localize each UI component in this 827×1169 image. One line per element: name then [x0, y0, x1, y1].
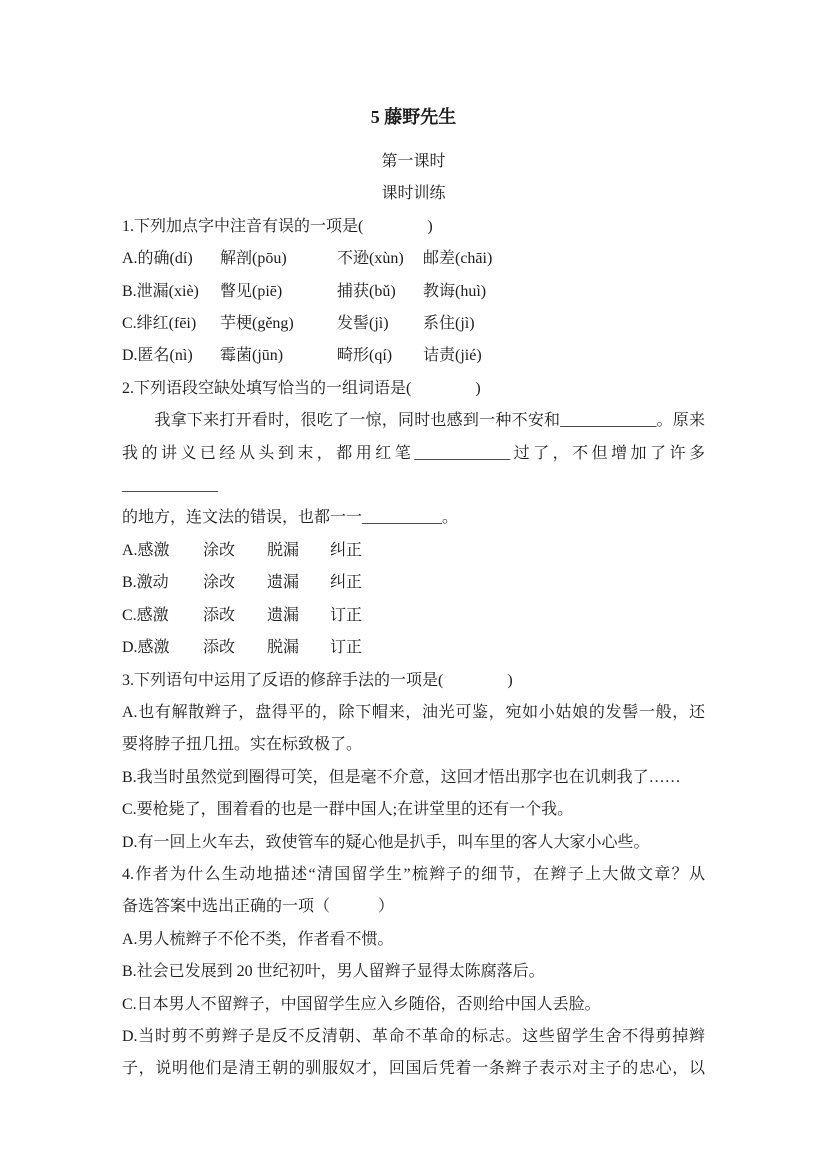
question-3-stem: 3.下列语句中运用了反语的修辞手法的一项是( ): [122, 665, 705, 697]
option-word: 不逊(xùn): [337, 243, 423, 275]
question-2-stem: 2.下列语段空缺处填写恰当的一组词语是( ): [122, 373, 705, 405]
question-4-option-d-line-2: 子，说明他们是清王朝的驯服奴才，回国后凭着一条辫子表示对主子的忠心，以: [122, 1053, 705, 1085]
question-3: 3.下列语句中运用了反语的修辞手法的一项是( ) A.也有解散辫子，盘得平的，除…: [122, 665, 705, 859]
document-title: 5 藤野先生: [122, 102, 705, 132]
question-2-option-c: C.感激添改遗漏订正: [122, 600, 705, 632]
option-word: 订正: [330, 632, 362, 664]
option-word: B.激动: [122, 567, 203, 599]
option-word: A.的确(dí): [122, 243, 220, 275]
question-1: 1.下列加点字中注音有误的一项是( ) A.的确(dí)解剖(pōu)不逊(xù…: [122, 211, 705, 373]
question-2-passage-line-1: 我拿下来打开看时，很吃了一惊，同时也感到一种不安和____________。原来: [122, 405, 705, 437]
option-word: 涂改: [203, 567, 267, 599]
option-word: 诘责(jié): [423, 340, 482, 372]
option-word: 脱漏: [267, 535, 330, 567]
option-word: D.匿名(nì): [122, 340, 220, 372]
question-4-option-a: A.男人梳辫子不伦不类，作者看不惯。: [122, 924, 705, 956]
option-word: B.泄漏(xiè): [122, 276, 220, 308]
option-word: 畸形(qí): [337, 340, 423, 372]
question-2: 2.下列语段空缺处填写恰当的一组词语是( ) 我拿下来打开看时，很吃了一惊，同时…: [122, 373, 705, 665]
option-word: 芋梗(gěng): [220, 308, 337, 340]
option-word: D.感激: [122, 632, 203, 664]
question-3-option-c: C.要枪毙了，围着看的也是一群中国人;在讲堂里的还有一个我。: [122, 794, 705, 826]
question-4-option-d-line-1: D.当时剪不剪辫子是反不反清朝、革命不革命的标志。这些留学生舍不得剪掉辫: [122, 1021, 705, 1053]
option-word: C.感激: [122, 600, 203, 632]
lesson-heading: 第一课时: [122, 146, 705, 178]
question-3-option-a-line-1: A.也有解散辫子，盘得平的，除下帽来，油光可鉴，宛如小姑娘的发髻一般，还: [122, 697, 705, 729]
option-word: 发髻(jì): [337, 308, 423, 340]
document-page: 5 藤野先生 第一课时 课时训练 1.下列加点字中注音有误的一项是( ) A.的…: [0, 0, 827, 1169]
question-1-option-b: B.泄漏(xiè)瞥见(piē)捕获(bǔ)教诲(huì): [122, 276, 705, 308]
question-2-option-b: B.激动涂改遗漏纠正: [122, 567, 705, 599]
option-word: 添改: [203, 632, 267, 664]
question-4: 4.作者为什么生动地描述“清国留学生”梳辫子的细节，在辫子上大做文章？从 备选答…: [122, 859, 705, 1086]
question-2-option-a: A.感激涂改脱漏纠正: [122, 535, 705, 567]
question-4-option-b: B.社会已发展到 20 世纪初叶，男人留辫子显得太陈腐落后。: [122, 956, 705, 988]
option-word: 涂改: [203, 535, 267, 567]
question-3-option-a-line-2: 要将脖子扭几扭。实在标致极了。: [122, 729, 705, 761]
question-4-option-c: C.日本男人不留辫子，中国留学生应入乡随俗，否则给中国人丢脸。: [122, 989, 705, 1021]
question-1-option-d: D.匿名(nì)霉菌(jūn)畸形(qí)诘责(jié): [122, 340, 705, 372]
question-4-stem-line-1: 4.作者为什么生动地描述“清国留学生”梳辫子的细节，在辫子上大做文章？从: [122, 859, 705, 891]
option-word: 霉菌(jūn): [220, 340, 337, 372]
option-word: 纠正: [330, 535, 362, 567]
option-word: 教诲(huì): [423, 276, 486, 308]
option-word: 系住(jì): [423, 308, 475, 340]
option-word: 瞥见(piē): [220, 276, 337, 308]
option-word: C.绯红(fēi): [122, 308, 220, 340]
option-word: 邮差(chāi): [423, 243, 492, 275]
document-content: 5 藤野先生 第一课时 课时训练 1.下列加点字中注音有误的一项是( ) A.的…: [0, 0, 827, 1086]
question-3-option-b: B.我当时虽然觉到圈得可笑，但是毫不介意，这回才悟出那字也在讥刺我了……: [122, 762, 705, 794]
option-word: 捕获(bǔ): [337, 276, 423, 308]
option-word: 遗漏: [267, 600, 330, 632]
question-1-stem: 1.下列加点字中注音有误的一项是( ): [122, 211, 705, 243]
option-word: 添改: [203, 600, 267, 632]
question-2-option-d: D.感激添改脱漏订正: [122, 632, 705, 664]
question-3-option-d: D.有一回上火车去，致使管车的疑心他是扒手，叫车里的客人大家小心些。: [122, 827, 705, 859]
option-word: A.感激: [122, 535, 203, 567]
option-word: 订正: [330, 600, 362, 632]
option-word: 解剖(pōu): [220, 243, 337, 275]
option-word: 纠正: [330, 567, 362, 599]
question-2-passage-line-2: 我的讲义已经从头到末，都用红笔____________过了，不但增加了许多___…: [122, 438, 705, 503]
option-word: 遗漏: [267, 567, 330, 599]
question-2-passage-line-3: 的地方，连文法的错误，也都一一__________。: [122, 502, 705, 534]
question-1-option-c: C.绯红(fēi)芋梗(gěng)发髻(jì)系住(jì): [122, 308, 705, 340]
question-4-stem-line-2: 备选答案中选出正确的一项（ ）: [122, 891, 705, 923]
section-heading: 课时训练: [122, 178, 705, 210]
question-1-option-a: A.的确(dí)解剖(pōu)不逊(xùn)邮差(chāi): [122, 243, 705, 275]
option-word: 脱漏: [267, 632, 330, 664]
